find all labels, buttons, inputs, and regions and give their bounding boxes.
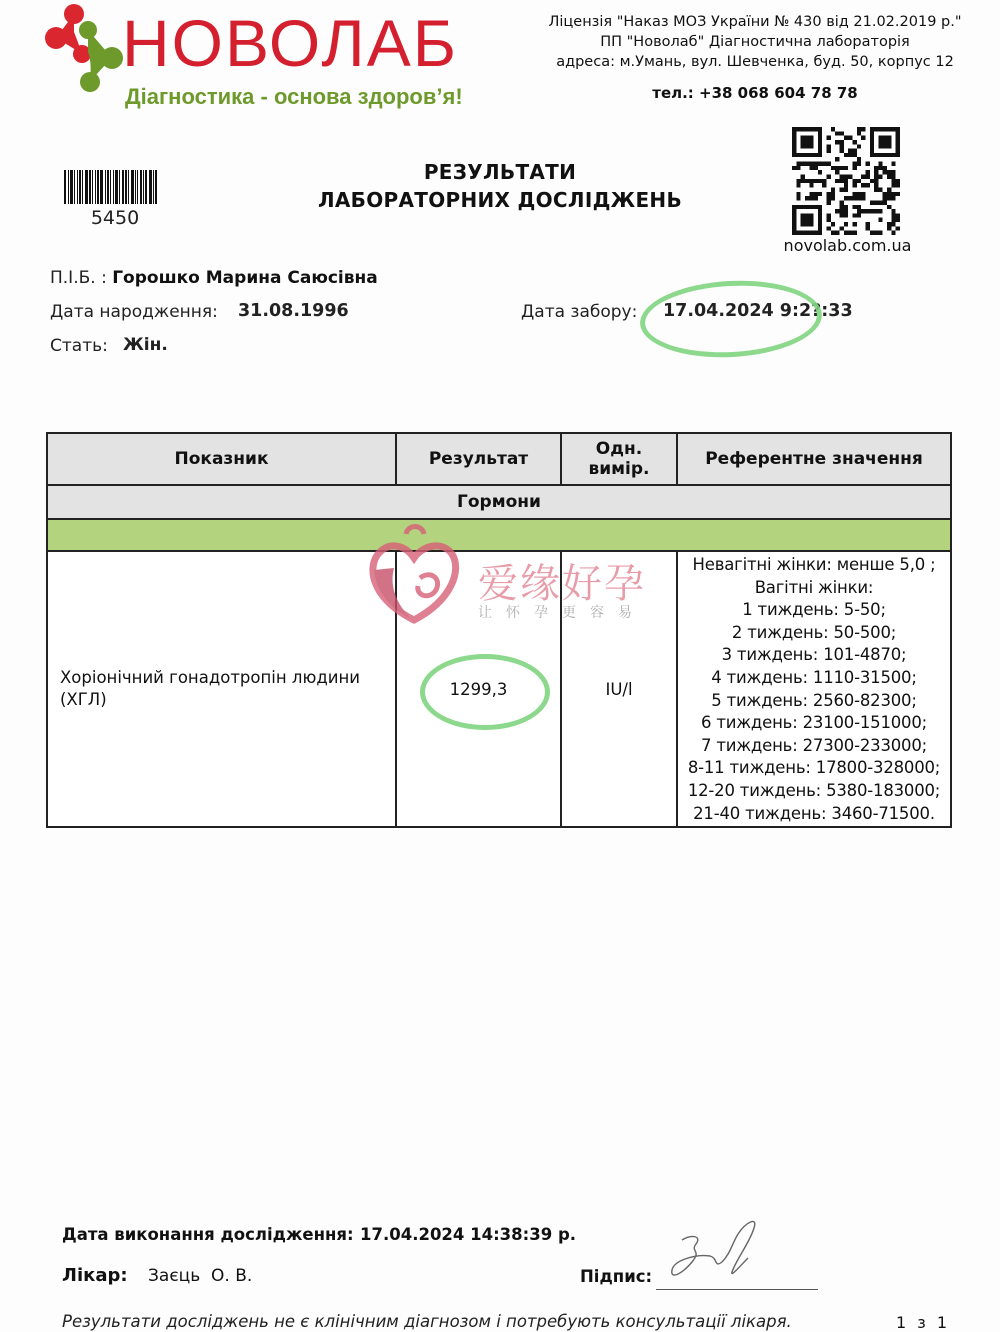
barcode-icon <box>64 170 166 204</box>
collection-date-label: Дата забору: <box>521 302 637 322</box>
results-table: Показник Результат Одн. вимір. Референтн… <box>46 432 952 828</box>
website-link: novolab.com.ua <box>770 236 925 255</box>
table-header-row: Показник Результат Одн. вимір. Референтн… <box>47 433 951 485</box>
doctor-label: Лікар: <box>62 1265 128 1286</box>
reference-line: 6 тиждень: 23100-151000; <box>678 712 950 735</box>
exec-date-value: 17.04.2024 14:38:39 р. <box>360 1225 576 1244</box>
table-group-row: Гормони <box>47 485 951 519</box>
lab-phone: тел.: +38 068 604 78 78 <box>520 84 990 102</box>
watermark-heart-icon <box>364 520 464 630</box>
header-indicator: Показник <box>47 433 396 485</box>
sex-value: Жін. <box>123 335 168 355</box>
reference-values: Невагітні жінки: менше 5,0 ;Вагітні жінк… <box>677 551 951 827</box>
patient-name-row: П.І.Б. : Горошко Марина Саюсівна <box>50 268 378 288</box>
reference-line: Невагітні жінки: менше 5,0 ; <box>678 554 950 577</box>
group-label: Гормони <box>47 485 951 519</box>
qr-code-icon <box>791 127 901 235</box>
highlight-circle-result <box>420 654 550 730</box>
signature-line <box>656 1289 818 1290</box>
reference-line: 5 тиждень: 2560-82300; <box>678 690 950 713</box>
reference-line: 3 тиждень: 101-4870; <box>678 644 950 667</box>
watermark-text: 爱缘好孕 <box>478 552 646 609</box>
header-result: Результат <box>396 433 561 485</box>
watermark-subtext: 让怀孕更容易 <box>478 602 646 622</box>
reference-line: 21-40 тиждень: 3460-71500. <box>678 803 950 826</box>
highlight-circle-date <box>638 276 824 361</box>
header-unit: Одн. вимір. <box>561 433 677 485</box>
sex-label: Стать: <box>50 336 108 356</box>
reference-line: Вагітні жінки: <box>678 577 950 600</box>
signature-label: Підпис: <box>580 1267 652 1286</box>
reference-line: 2 тиждень: 50-500; <box>678 622 950 645</box>
dob-value: 31.08.1996 <box>238 301 349 321</box>
lab-name: ПП "Новолаб" Діагностична лабораторія <box>520 34 990 50</box>
indicator-name: Хоріонічний гонадотропін людини (ХГЛ) <box>47 551 396 827</box>
reference-line: 1 тиждень: 5-50; <box>678 599 950 622</box>
patient-name-label: П.І.Б. : <box>50 268 107 288</box>
novolab-logo-icon <box>44 2 134 94</box>
document-title-line1: РЕЗУЛЬТАТИ <box>290 160 710 184</box>
exec-date-label: Дата виконання дослідження: <box>62 1225 354 1244</box>
reference-line: 4 тиждень: 1110-31500; <box>678 667 950 690</box>
table-divider-row <box>47 519 951 551</box>
doctor-name: Заєць О. В. <box>148 1266 252 1286</box>
tagline: Діагностика - основа здоров’я! <box>125 84 463 110</box>
document-title-line2: ЛАБОРАТОРНИХ ДОСЛІДЖЕНЬ <box>290 188 710 212</box>
signature-icon <box>662 1214 772 1288</box>
reference-line: 12-20 тиждень: 5380-183000; <box>678 780 950 803</box>
reference-line: 7 тиждень: 27300-233000; <box>678 735 950 758</box>
disclaimer: Результати досліджень не є клінічним діа… <box>62 1312 792 1331</box>
page-indicator: 1 з 1 <box>896 1313 950 1332</box>
header-reference: Референтне значення <box>677 433 951 485</box>
brand-name: НОВОЛАБ <box>122 8 458 78</box>
patient-name: Горошко Марина Саюсівна <box>112 268 378 288</box>
reference-line: 8-11 тиждень: 17800-328000; <box>678 757 950 780</box>
dob-label: Дата народження: <box>50 302 218 322</box>
lab-address: адреса: м.Умань, вул. Шевченка, буд. 50,… <box>520 54 990 70</box>
barcode-number: 5450 <box>64 207 166 229</box>
license-text: Ліцензія "Наказ МОЗ України № 430 від 21… <box>520 14 990 30</box>
